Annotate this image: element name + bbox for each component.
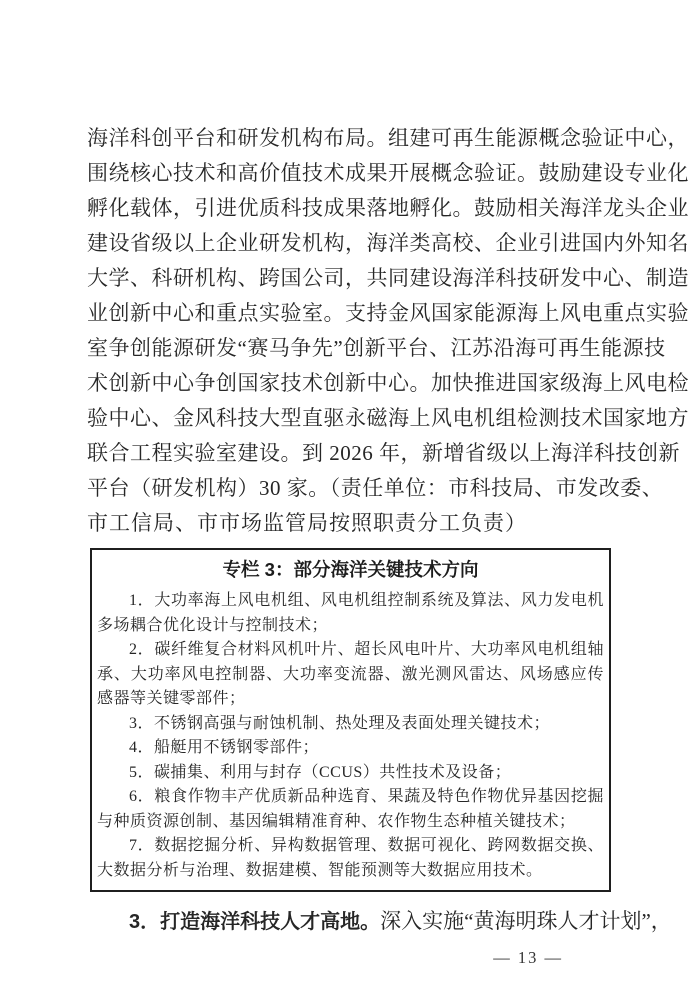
body-line: 平台（研发机构）30 家。（责任单位：市科技局、市发改委、 [87, 471, 613, 506]
page-content: 海洋科创平台和研发机构布局。组建可再生能源概念验证中心， 围绕核心技术和高价值技… [87, 121, 613, 968]
body-line: 术创新中心争创国家技术创新中心。加快推进国家级海上风电检 [87, 366, 613, 401]
body-line: 室争创能源研发“赛马争先”创新平台、江苏沿海可再生能源技 [87, 331, 613, 366]
page-number: — 13 — [87, 948, 613, 968]
body-line: 孵化载体，引进优质科技成果落地孵化。鼓励相关海洋龙头企业 [87, 191, 613, 226]
body-line: 建设省级以上企业研发机构，海洋类高校、企业引进国内外知名 [87, 226, 613, 261]
body-line: 海洋科创平台和研发机构布局。组建可再生能源概念验证中心， [87, 121, 613, 156]
box-item: 5．碳捕集、利用与封存（CCUS）共性技术及设备； [97, 761, 604, 786]
body-paragraph: 海洋科创平台和研发机构布局。组建可再生能源概念验证中心， 围绕核心技术和高价值技… [87, 121, 613, 541]
box-item: 4．船艇用不锈钢零部件； [97, 736, 604, 761]
box-item: 3．不锈钢高强与耐蚀机制、热处理及表面处理关键技术； [97, 712, 604, 737]
closing-text: 深入实施“黄海明珠人才计划”， [380, 909, 672, 933]
feature-box-column3: 专栏 3：部分海洋关键技术方向 1．大功率海上风电机组、风电机组控制系统及算法、… [90, 548, 611, 892]
feature-box-title: 专栏 3：部分海洋关键技术方向 [97, 557, 604, 583]
box-item: 1．大功率海上风电机组、风电机组控制系统及算法、风力发电机多场耦合优化设计与控制… [97, 589, 604, 638]
closing-heading: 3．打造海洋科技人才高地。 [129, 911, 380, 933]
body-line: 联合工程实验室建设。到 2026 年，新增省级以上海洋科技创新 [87, 436, 613, 471]
box-item: 6．粮食作物丰产优质新品种选育、果蔬及特色作物优异基因挖掘与种质资源创制、基因编… [97, 785, 604, 834]
body-line: 围绕核心技术和高价值技术成果开展概念验证。鼓励建设专业化 [87, 156, 613, 191]
box-item: 7．数据挖掘分析、异构数据管理、数据可视化、跨网数据交换、大数据分析与治理、数据… [97, 834, 604, 883]
body-line: 验中心、金风科技大型直驱永磁海上风电机组检测技术国家地方 [87, 401, 613, 436]
body-line: 市工信局、市市场监管局按照职责分工负责） [87, 506, 613, 541]
closing-paragraph: 3．打造海洋科技人才高地。深入实施“黄海明珠人才计划”， [87, 905, 613, 938]
body-line: 大学、科研机构、跨国公司，共同建设海洋科技研发中心、制造 [87, 261, 613, 296]
box-item: 2．碳纤维复合材料风机叶片、超长风电叶片、大功率风电机组轴承、大功率风电控制器、… [97, 638, 604, 712]
document-page: { "document": { "body_lines": [ "海洋科创平台和… [0, 0, 700, 990]
body-line: 业创新中心和重点实验室。支持金风国家能源海上风电重点实验 [87, 296, 613, 331]
